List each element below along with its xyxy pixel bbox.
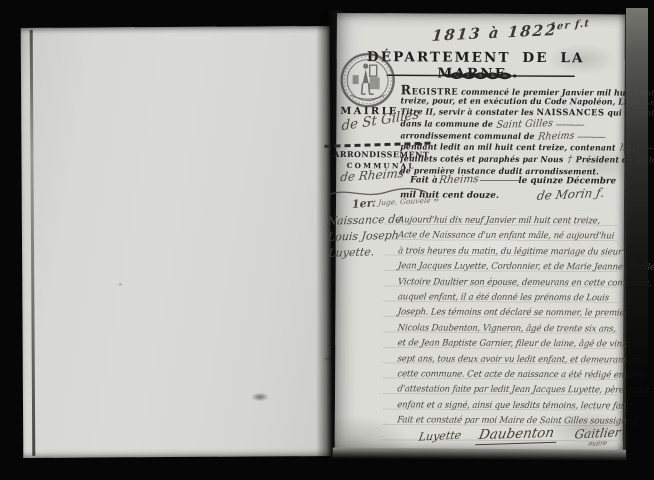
printed-text: feuillets cotés et paraphés par Nous (400, 153, 566, 164)
act-line: Acte de Naissance d'un enfant mâle, né a… (397, 229, 610, 246)
act-body-handwritten: Aujourd'hui dix neuf Janvier mil huit ce… (398, 213, 619, 430)
act-line: Nicolas Daubenton, Vigneron, âgé de tren… (397, 321, 610, 338)
act-line: à trois heures du matin, du légitime mar… (397, 244, 610, 261)
register-title-page: 1813 à 1822 1er f.t DÉPARTEMENT DE LA MA… (335, 13, 625, 455)
printed-text: arrondissement communal de (400, 130, 537, 141)
act-line: Jean Jacques Luyette, Cordonnier, et de … (397, 260, 610, 277)
signature-president: de Morin ƒ. (535, 185, 605, 202)
register-paragraph: REGISTRE commencé le premier Janvier mil… (400, 83, 622, 178)
printed-text: ———— (554, 119, 583, 129)
act-line: cette commune. Cet acte de naissance a é… (397, 367, 610, 384)
handwritten-fill: † (566, 154, 572, 165)
fait-a-label: Fait à (400, 175, 438, 185)
signature-declarant: Luyette (418, 428, 463, 443)
printed-text: ———— (576, 131, 605, 141)
printed-text: dans la commune de (400, 118, 495, 128)
fait-place-handwritten: Rheims (438, 173, 479, 186)
handwritten-fill: Rheims (538, 130, 576, 142)
date-printed-line2: mil huit cent douze. (400, 190, 499, 201)
signature-mayor-block: Gaitlier maire (574, 425, 621, 448)
printed-text: Titre II, servir à constater les (400, 107, 536, 118)
page-stack-fore-edge (626, 8, 648, 458)
date-printed: le quinze Décembre (518, 176, 640, 187)
page-fold-line (30, 30, 36, 456)
fait-a-row-2: mil huit cent douze. de Morin ƒ. (400, 186, 622, 201)
mairie-seal-stamp-icon (338, 51, 396, 109)
handwritten-fill: Saint Gilles (496, 118, 554, 131)
signature-mayor-title: maire (588, 439, 608, 448)
act-line: enfant et a signé, ainsi que lesdits tém… (396, 398, 609, 415)
printed-text: pendant ledit an mil huit cent treize, c… (400, 142, 618, 153)
act-line: Joseph. Les témoins ont déclaré se nomme… (397, 306, 610, 323)
left-blank-page (21, 26, 333, 458)
act-line: auquel enfant, il a été donné les prénom… (397, 290, 610, 307)
printed-text: treize, pour, et en exécution du Code Na… (401, 95, 654, 106)
signatures-row: Luyette Daubenton Gaitlier maire (419, 425, 619, 447)
printed-text: NAISSANCES (537, 108, 605, 118)
ink-smudge (117, 282, 123, 286)
act-line: Aujourd'hui dix neuf Janvier mil huit ce… (397, 213, 610, 230)
fait-a-row: Fait à Rheims ————— le quinze Décembre (400, 173, 622, 186)
page-bottom-edge (333, 448, 627, 462)
act-line: et de Jean Baptiste Garnier, fileur de l… (397, 337, 610, 354)
ornament-divider-icon (385, 70, 577, 81)
ink-smudge (251, 392, 269, 401)
signature-witness: Daubenton (476, 425, 560, 446)
act-line: d'attestation faite par ledit Jean Jacqu… (396, 383, 609, 400)
handwritten-year-range: 1813 à 1822 (431, 21, 558, 45)
fill-dash: ————— (479, 176, 518, 186)
act-line: Victoire Daultier son épouse, demeurans … (397, 275, 610, 292)
scanned-register-spread: 1813 à 1822 1er f.t DÉPARTEMENT DE LA MA… (0, 0, 654, 480)
act-line: sept ans, tous deux avoir vu ledit enfan… (397, 352, 610, 369)
